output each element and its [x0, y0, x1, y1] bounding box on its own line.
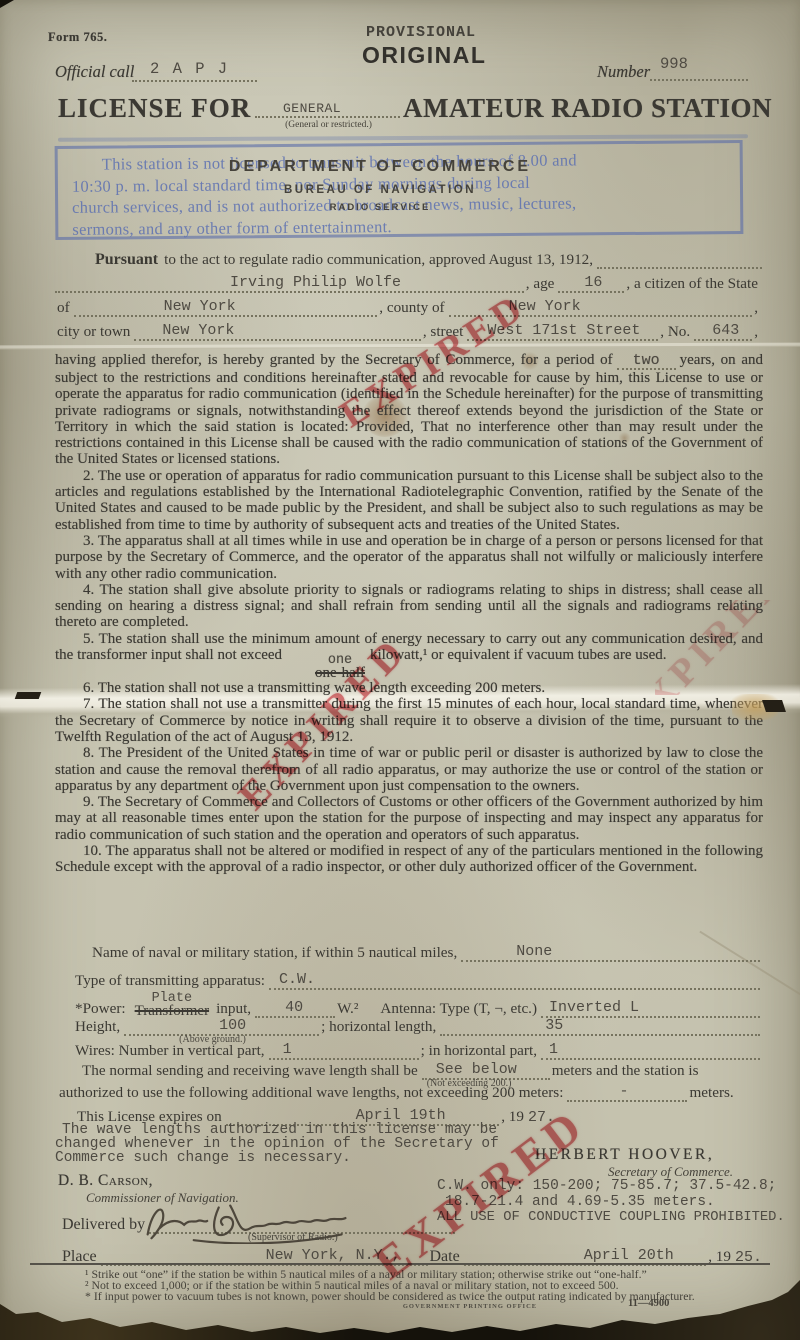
expired-stamp-fragment: EXPIRED [655, 600, 780, 695]
wavelength-post-label: meters and the station is [550, 1062, 703, 1080]
additional-wavelengths-blank: - [567, 1082, 687, 1102]
naval-station-label: Name of naval or military station, if wi… [90, 944, 461, 962]
date-value: April 20th [584, 1247, 674, 1264]
fold-line-upper [0, 343, 800, 350]
page-title-left: LICENSE FOR [58, 93, 251, 124]
radio-service: RADIO SERVICE [160, 202, 600, 213]
additional-wavelengths-row: authorized to use the following addition… [55, 1080, 738, 1102]
licensee-name-blank: Irving Philip Wolfe [55, 273, 524, 293]
horizontal-length-label: ; horizontal length, [319, 1018, 440, 1036]
paragraph-7: 7. The station shall not use a transmitt… [55, 696, 763, 745]
number-underline [650, 62, 748, 81]
print-code: 11—4900 [628, 1298, 669, 1309]
pursuant-trailing-blank [597, 249, 762, 269]
state-value: New York [164, 298, 236, 315]
tear-notch-right [762, 700, 786, 712]
paragraph-3: 3. The apparatus shall at all times whil… [55, 533, 763, 582]
bureau-of-navigation: BUREAU OF NAVIGATION [160, 184, 600, 196]
height-value: 100 [219, 1017, 246, 1034]
age-label: , age [524, 275, 559, 293]
period-blank: two [617, 354, 676, 370]
city-row-comma: , [752, 323, 762, 341]
original-stamp: ORIGINAL [362, 42, 486, 69]
footnote-3: * If input power to vacuum tubes is not … [85, 1289, 695, 1304]
expires-year-prefix: , 19 [499, 1108, 528, 1126]
no-label: , No. [658, 323, 694, 341]
wires-horizontal-blank: 1 [541, 1040, 760, 1060]
wavelength-blank: See below (Not exceeding 200.) [422, 1060, 550, 1080]
apparatus-type-blank: C.W. [269, 970, 760, 990]
intro-row-city: city or town New York , street West 171s… [55, 319, 762, 341]
paragraph-9: 9. The Secretary of Commerce and Collect… [55, 794, 763, 843]
wavelength-label: The normal sending and receiving wave le… [80, 1062, 422, 1080]
pursuant-rest: to the act to regulate radio communicati… [162, 251, 597, 269]
commissioner-name: D. B. Carson, [58, 1172, 153, 1190]
citizen-label: , a citizen of the State [624, 275, 762, 293]
wavelength-value: See below [436, 1061, 517, 1078]
paragraph-8: 8. The President of the United States in… [55, 745, 763, 794]
apparatus-type-row: Type of transmitting apparatus: C.W. [55, 968, 760, 990]
paragraph-10: 10. The apparatus shall not be altered o… [55, 843, 763, 876]
state-row-comma: , [752, 299, 762, 317]
official-call-underline [132, 63, 257, 82]
city-label: city or town [55, 323, 134, 341]
wavelength-row: The normal sending and receiving wave le… [55, 1058, 703, 1080]
provisional-label: PROVISIONAL [366, 24, 476, 41]
license-document-paper: Form 765. PROVISIONAL ORIGINAL Official … [0, 0, 800, 1340]
form-number: Form 765. [48, 30, 107, 45]
height-blank: 100 (Above ground.) [124, 1016, 319, 1036]
paragraph-2: 2. The use or operation of apparatus for… [55, 468, 763, 533]
typed-note-line3: Commerce such change is necessary. [55, 1150, 351, 1166]
number-label: Number [597, 62, 650, 82]
no-value: 643 [712, 322, 739, 339]
wires-vertical-value: 1 [283, 1041, 292, 1058]
county-label: , county of [377, 299, 448, 317]
page-title-right: AMATEUR RADIO STATION [403, 93, 772, 124]
additional-wavelengths-value: - [619, 1083, 628, 1100]
licensee-name-value: Irving Philip Wolfe [230, 274, 401, 291]
state-blank: New York [74, 297, 378, 317]
age-value: 16 [584, 274, 602, 291]
city-blank: New York [134, 321, 420, 341]
official-call-label: Official call [55, 62, 134, 82]
horizontal-length-blank: 35 [440, 1016, 760, 1036]
department-of-commerce: DEPARTMENT OF COMMERCE [160, 158, 600, 176]
wires-row: Wires: Number in vertical part, 1 ; in h… [55, 1038, 760, 1060]
height-label: Height, [73, 1018, 124, 1036]
wires-vertical-blank: 1 [269, 1040, 419, 1060]
supervisor-hint: (Supervisor of Radio.) [248, 1232, 338, 1243]
additional-wavelengths-post: meters. [687, 1084, 737, 1102]
additional-wavelengths-label: authorized to use the following addition… [57, 1084, 567, 1102]
intro-row-pursuant: Pursuant to the act to regulate radio co… [55, 247, 762, 269]
intro-row-name: Irving Philip Wolfe , age 16 , a citizen… [55, 271, 762, 293]
paragraph-1-pre: having applied therefor, is hereby grant… [55, 352, 613, 368]
expired-stamp-fragment-clip: EXPIRED [655, 600, 780, 695]
wires-horizontal-value: 1 [549, 1041, 558, 1058]
naval-station-blank: None [461, 942, 760, 962]
license-class-hint: (General or restricted.) [256, 120, 401, 130]
of-label: of [55, 299, 74, 317]
city-value: New York [162, 322, 234, 339]
apparatus-type-value: C.W. [279, 971, 315, 988]
tear-notch-left [15, 692, 42, 699]
naval-station-row: Name of naval or military station, if wi… [55, 940, 760, 962]
height-row: Height, 100 (Above ground.) ; horizontal… [55, 1014, 760, 1036]
age-blank: 16 [558, 273, 624, 293]
horizontal-length-value: 35 [545, 1017, 563, 1034]
naval-station-value: None [516, 943, 552, 960]
no-blank: 643 [694, 321, 752, 341]
intro-row-state: of New York , county of New York , [55, 295, 762, 317]
license-class-underline [255, 100, 400, 118]
gpo-imprint: GOVERNMENT PRINTING OFFICE [340, 1303, 600, 1310]
pursuant-word: Pursuant [55, 251, 162, 269]
